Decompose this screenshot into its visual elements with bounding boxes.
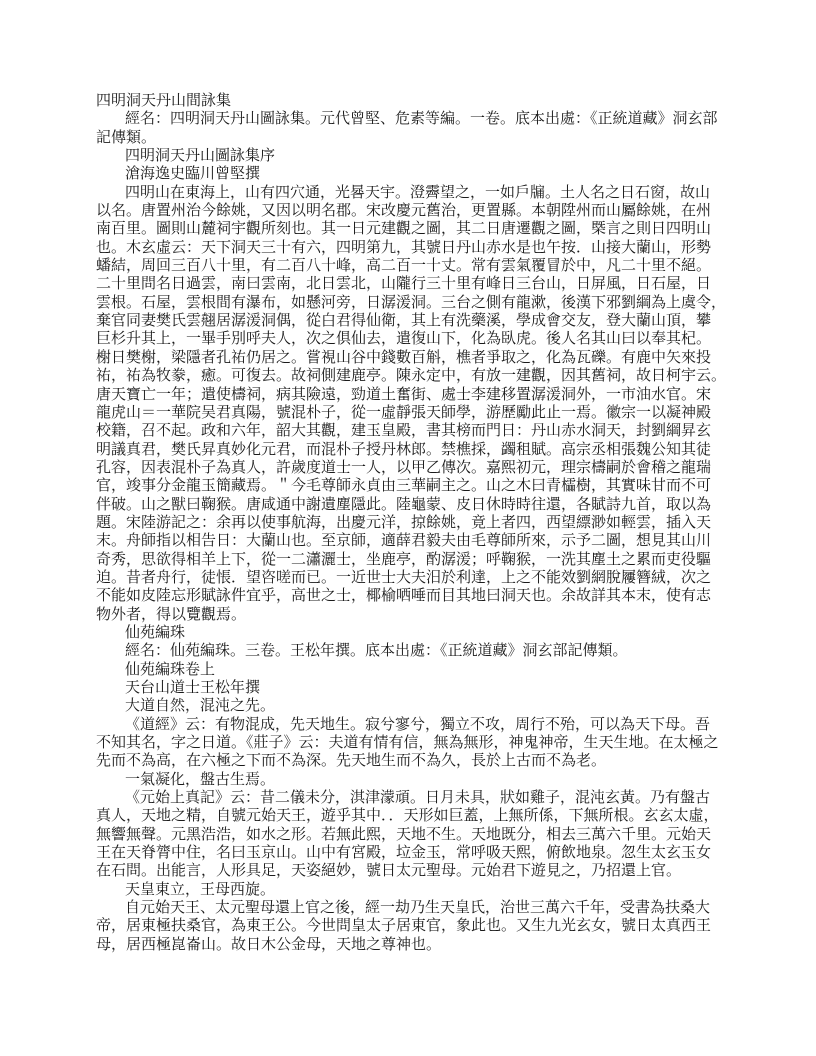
text-line: 祐，祐為牧豢，癒。可復去。故祠側建鹿亭。陳永定中，有放一建觀，因其舊祠，故日柯宇…: [96, 367, 761, 385]
text-line: 雲根。石屋，雲根間有瀑布，如懸河旁，日潺湲洞。三台之側有龍漱，後漢下邪劉綱為上虞…: [96, 294, 761, 312]
text-line: 巨杉升其上，一畢手別呼夫人，次之俱仙去，遣復山下，化為臥虎。後人名其山曰以奉其杞…: [96, 330, 761, 348]
text-line: 《道經》云：有物混成，先天地生。寂兮寥兮，獨立不攻，周行不殆，可以為天下母。吾: [96, 716, 761, 734]
text-line: 也。木玄虛云：天下洞天三十有六，四明第九，其號日丹山赤水是也午按．山接大蘭山，形…: [96, 239, 761, 257]
text-line: 仙苑編珠卷上: [96, 661, 761, 679]
text-line: 榭日樊榭，梁隱者孔祐仍居之。嘗視山谷中錢數百斛，樵者爭取之，化為瓦礫。有鹿中矢來…: [96, 349, 761, 367]
text-line: 四明山在東海上，山有四穴通，光晷天宇。澄霽望之，一如戶牖。土人名之日石窗，故山: [96, 184, 761, 202]
text-line: 帝，居東極扶桑官，為東王公。今世問皇太子居東官，象此也。又生九光玄女，號日太真西…: [96, 917, 761, 935]
text-line: 不知其名，字之日道。《莊子》云：夫道有情有信，無為無形，神鬼神帝，生天生地。在太…: [96, 734, 761, 752]
text-line: 王在天脊膂中住，名曰玉京山。山中有宮殿，垃金玉，常呼吸天熙，俯飲地泉。忽生太玄玉…: [96, 844, 761, 862]
text-line: 不能如皮陸忘形賦詠件宜乎，高世之士，椰榆哂唾而目其地曰洞天也。余故詳其本末，使有…: [96, 587, 761, 605]
text-line: 天皇東立，王母西旋。: [96, 881, 761, 899]
text-line: 棄官同妻樊氏雲翹居潺湲洞偶，從白君得仙衛，其上有洗藥溪，學成會交友，登大蘭山頂，…: [96, 312, 761, 330]
text-line: 《元始上真記》云：昔二儀未分，淇津濛頑。日月未具，狀如雞子，混沌玄黃。乃有盤古: [96, 789, 761, 807]
text-line: 孔容，因表混朴子為真人，許歲度道士一人，以甲乙傳次。嘉熙初元，理宗檮嗣於會稽之龍…: [96, 459, 761, 477]
text-line: 四明洞天丹山圖詠集序: [96, 147, 761, 165]
text-line: 官，竣事分金龍玉簡藏焉。＂今毛尊師永貞由三華嗣主之。山之木曰青櫺樹，其實味甘而不…: [96, 477, 761, 495]
text-line: 經名：仙苑編珠。三卷。王松年撰。底本出處：《正統道藏》洞玄部記傳類。: [96, 642, 761, 660]
text-line: 四明洞天丹山間詠集: [96, 92, 761, 110]
text-line: 先而不為高，在六極之下而不為深。先天地生而不為久，長於上古而不為老。: [96, 752, 761, 770]
text-line: 物外者，得以覽觀焉。: [96, 606, 761, 624]
text-line: 經名：四明洞天丹山圖詠集。元代曾堅、危素等編。一卷。底本出處：《正統道藏》洞玄部: [96, 110, 761, 128]
text-line: 自元始天王、太元聖母還上官之後，經一劫乃生天皇氏，治世三萬六千年，受書為扶桑大: [96, 899, 761, 917]
text-line: 真人，天地之精，自號元始天王，遊乎其中．．天形如巨蓋，上無所係，下無所根。玄玄太…: [96, 807, 761, 825]
document-page: 四明洞天丹山間詠集經名：四明洞天丹山圖詠集。元代曾堅、危素等編。一卷。底本出處：…: [0, 0, 816, 1056]
text-line: 迫。昔者舟行，徒悵．望咨嗟而已。一近世士大夫汨於利達，上之不能效劉網脫屨簪絨，次…: [96, 569, 761, 587]
text-line: 蟠結，周回三百八十里，有二百八十峰，高二百一十丈。常有雲氣覆冒於中，凡二十里不絕…: [96, 257, 761, 275]
text-line: 二十里問名日過雲，南曰雲南，北日雲北，山隴行三十里有峰日三台山，日屏風，日石屋，…: [96, 275, 761, 293]
text-line: 在石問。出能言，人形具足，天姿絕妙，號日太元聖母。元始君下遊見之，乃招還上官。: [96, 862, 761, 880]
text-line: 大道自然，混沌之先。: [96, 697, 761, 715]
text-line: 校籍，召不起。政和六年，韶大其觀，建玉皇殿，書其榜而門日：丹山赤水洞天，封劉綱昇…: [96, 422, 761, 440]
text-line: 龍虎山＝一華院吴君真陽，號混朴子，從一虛靜張天師學，游歷勵此止一焉。徽宗一以凝神…: [96, 404, 761, 422]
text-line: 母，居西極崑崙山。故日木公金母，天地之尊神也。: [96, 936, 761, 954]
text-line: 無響無聲。元黑浩浩，如水之形。若無此熙，天地不生。天地既分，相去三萬六千里。元始…: [96, 826, 761, 844]
text-line: 仙苑編珠: [96, 624, 761, 642]
text-line: 唐天寶亡一年；遣使檮祠，病其險遠，勁道土奮街、處士李建移置潺湲洞外，一市油水官。…: [96, 386, 761, 404]
text-line: 記傳類。: [96, 129, 761, 147]
text-line: 滄海逸史臨川曾堅撰: [96, 165, 761, 183]
text-line: 天台山道士王松年撰: [96, 679, 761, 697]
text-line: 一氣凝化，盤古生焉。: [96, 771, 761, 789]
text-line: 伴破。山之獸曰鞠猴。唐咸通中謝遺塵隱此。陸龜蒙、皮日休時時往還，各賦詩九首，取以…: [96, 496, 761, 514]
text-line: 題。宋陸游記之：余再以使事航海，出慶元洋，掠餘姚，竟上者四，西望縹渺如輕雲，插入…: [96, 514, 761, 532]
text-line: 末。舟師指以相告日：大蘭山也。至京師，適薛君毅夫由毛尊師所來，示予二圖，想見其山…: [96, 532, 761, 550]
text-line: 南百里。圖則山麓祠宇觀所刻也。其一日元建觀之圖，其二日唐遷觀之圖，槩言之則日四明…: [96, 220, 761, 238]
text-line: 明議真君，樊氏昇真妙化元君，而混朴子授丹林郎。禁樵採，蠲租賦。高宗丞相張魏公知其…: [96, 441, 761, 459]
text-block: 四明洞天丹山間詠集經名：四明洞天丹山圖詠集。元代曾堅、危素等編。一卷。底本出處：…: [96, 92, 761, 954]
text-line: 以名。唐置州治今餘姚，又因以明名郡。宋改慶元舊治，更置縣。本朝陞州而山屬餘姚，在…: [96, 202, 761, 220]
text-line: 奇秀，思欲得相羊上下，從一二瀟灑士，坐鹿亭，酌潺湲；呼鞠猴，一洗其塵土之累而吏役…: [96, 551, 761, 569]
